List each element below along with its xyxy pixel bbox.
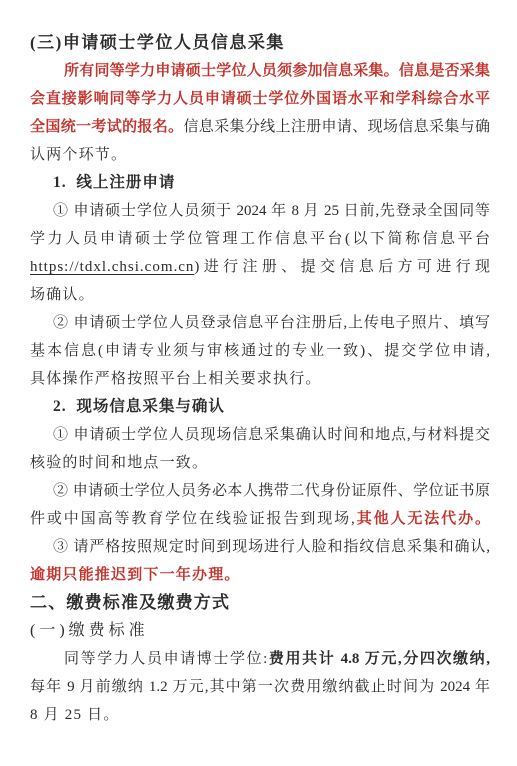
fee-paragraph-line: 同等学力人员申请博士学位:费用共计 4.8 万元,分四次缴纳, — [30, 645, 490, 673]
paragraph-line: 核验的时间和地点一致。 — [30, 449, 490, 477]
subsection-fee-heading: (一)缴费标准 — [30, 617, 490, 645]
text-segment: 每年 9 月前缴纳 1.2 万元,其中第一次费用缴纳截止时间为 2024 年 — [30, 679, 490, 695]
text-segment: 具体操作严格按照平台上相关要求执行。 — [30, 371, 322, 387]
paragraph-line: 具体操作严格按照平台上相关要求执行。 — [30, 365, 490, 393]
text-segment: 基本信息(申请专业须与审核通过的专业一致)、提交学位申请, — [30, 343, 490, 359]
text-segment: 核验的时间和地点一致。 — [30, 455, 208, 471]
text-segment: 其他人无法代办。 — [355, 511, 490, 527]
text-segment: 二、缴费标准及缴费方式 — [30, 593, 230, 612]
text-segment: (三)申请硕士学位人员信息采集 — [30, 33, 285, 52]
text-segment: 2. 现场信息采集与确认 — [53, 398, 225, 415]
text-segment: (一)缴费标准 — [30, 622, 149, 639]
text-segment: 认两个环节。 — [30, 147, 127, 163]
text-segment: ③ 请严格按照规定时间到现场进行人脸和指纹信息采集和确认, — [53, 539, 490, 555]
text-segment: 8 月 25 日。 — [30, 707, 120, 723]
section-2-heading: 二、缴费标准及缴费方式 — [30, 589, 490, 617]
paragraph-line: 基本信息(申请专业须与审核通过的专业一致)、提交学位申请, — [30, 337, 490, 365]
red-notice-line: 会直接影响同等学力人员申请硕士学位外国语水平和学科综合水平 — [30, 85, 490, 113]
text-segment: 场确认。 — [30, 287, 95, 303]
item-3-line: ③ 请严格按照规定时间到现场进行人脸和指纹信息采集和确认, — [30, 533, 490, 561]
item-2-line: ② 申请硕士学位人员务必本人携带二代身份证原件、学位证书原 — [30, 477, 490, 505]
red-notice-line: 所有同等学力申请硕士学位人员须参加信息采集。信息是否采集 — [30, 57, 490, 85]
text-segment: 学力人员申请硕士学位管理工作信息平台(以下简称信息平台 — [30, 231, 490, 247]
subsection-2-heading: 2. 现场信息采集与确认 — [30, 393, 490, 421]
mixed-notice-line: 全国统一考试的报名。信息采集分线上注册申请、现场信息采集与确 — [30, 113, 490, 141]
subsection-1-heading: 1. 线上注册申请 — [30, 169, 490, 197]
text-segment: 同等学力人员申请博士学位: — [64, 651, 267, 667]
item-1-line: ① 申请硕士学位人员须于 2024 年 8 月 25 日前,先登录全国同等 — [30, 197, 490, 225]
text-segment: 信息采集分线上注册申请、现场信息采集与确 — [183, 119, 490, 135]
red-notice-line: 逾期只能推迟到下一年办理。 — [30, 561, 490, 589]
paragraph-line: https://tdxl.chsi.com.cn)进行注册、提交信息后方可进行现 — [30, 253, 490, 281]
text-segment: 会直接影响同等学力人员申请硕士学位外国语水平和学科综合水平 — [30, 91, 490, 107]
info-platform-link[interactable]: https://tdxl.chsi.com.cn — [30, 259, 194, 275]
text-segment: ① 申请硕士学位人员现场信息采集确认时间和地点,与材料提交 — [53, 427, 490, 443]
mixed-notice-line: 件或中国高等教育学位在线验证报告到现场,其他人无法代办。 — [30, 505, 490, 533]
section-3-heading: (三)申请硕士学位人员信息采集 — [30, 29, 490, 57]
text-segment: 所有同等学力申请硕士学位人员须参加信息采集。信息是否采集 — [64, 63, 490, 79]
text-segment: 费用共计 4.8 万元,分四次缴纳, — [267, 651, 490, 667]
text-segment: ② 申请硕士学位人员务必本人携带二代身份证原件、学位证书原 — [53, 483, 490, 499]
text-segment: 1. 线上注册申请 — [53, 174, 175, 191]
text-segment: ① 申请硕士学位人员须于 2024 年 8 月 25 日前,先登录全国同等 — [53, 203, 490, 219]
document-body: (三)申请硕士学位人员信息采集所有同等学力申请硕士学位人员须参加信息采集。信息是… — [30, 29, 490, 729]
text-segment: 件或中国高等教育学位在线验证报告到现场, — [30, 511, 355, 527]
document-page: (三)申请硕士学位人员信息采集所有同等学力申请硕士学位人员须参加信息采集。信息是… — [0, 0, 517, 766]
paragraph-line: 学力人员申请硕士学位管理工作信息平台(以下简称信息平台 — [30, 225, 490, 253]
text-segment: ② 申请硕士学位人员登录信息平台注册后,上传电子照片、填写 — [53, 315, 490, 331]
item-2-line: ② 申请硕士学位人员登录信息平台注册后,上传电子照片、填写 — [30, 309, 490, 337]
fee-paragraph-line: 每年 9 月前缴纳 1.2 万元,其中第一次费用缴纳截止时间为 2024 年 — [30, 673, 490, 701]
fee-paragraph-line: 8 月 25 日。 — [30, 701, 490, 729]
paragraph-line: 认两个环节。 — [30, 141, 490, 169]
text-segment: 逾期只能推迟到下一年办理。 — [30, 567, 241, 583]
text-segment: 全国统一考试的报名。 — [30, 119, 183, 135]
paragraph-line: 场确认。 — [30, 281, 490, 309]
item-1-line: ① 申请硕士学位人员现场信息采集确认时间和地点,与材料提交 — [30, 421, 490, 449]
text-segment: )进行注册、提交信息后方可进行现 — [194, 259, 490, 275]
